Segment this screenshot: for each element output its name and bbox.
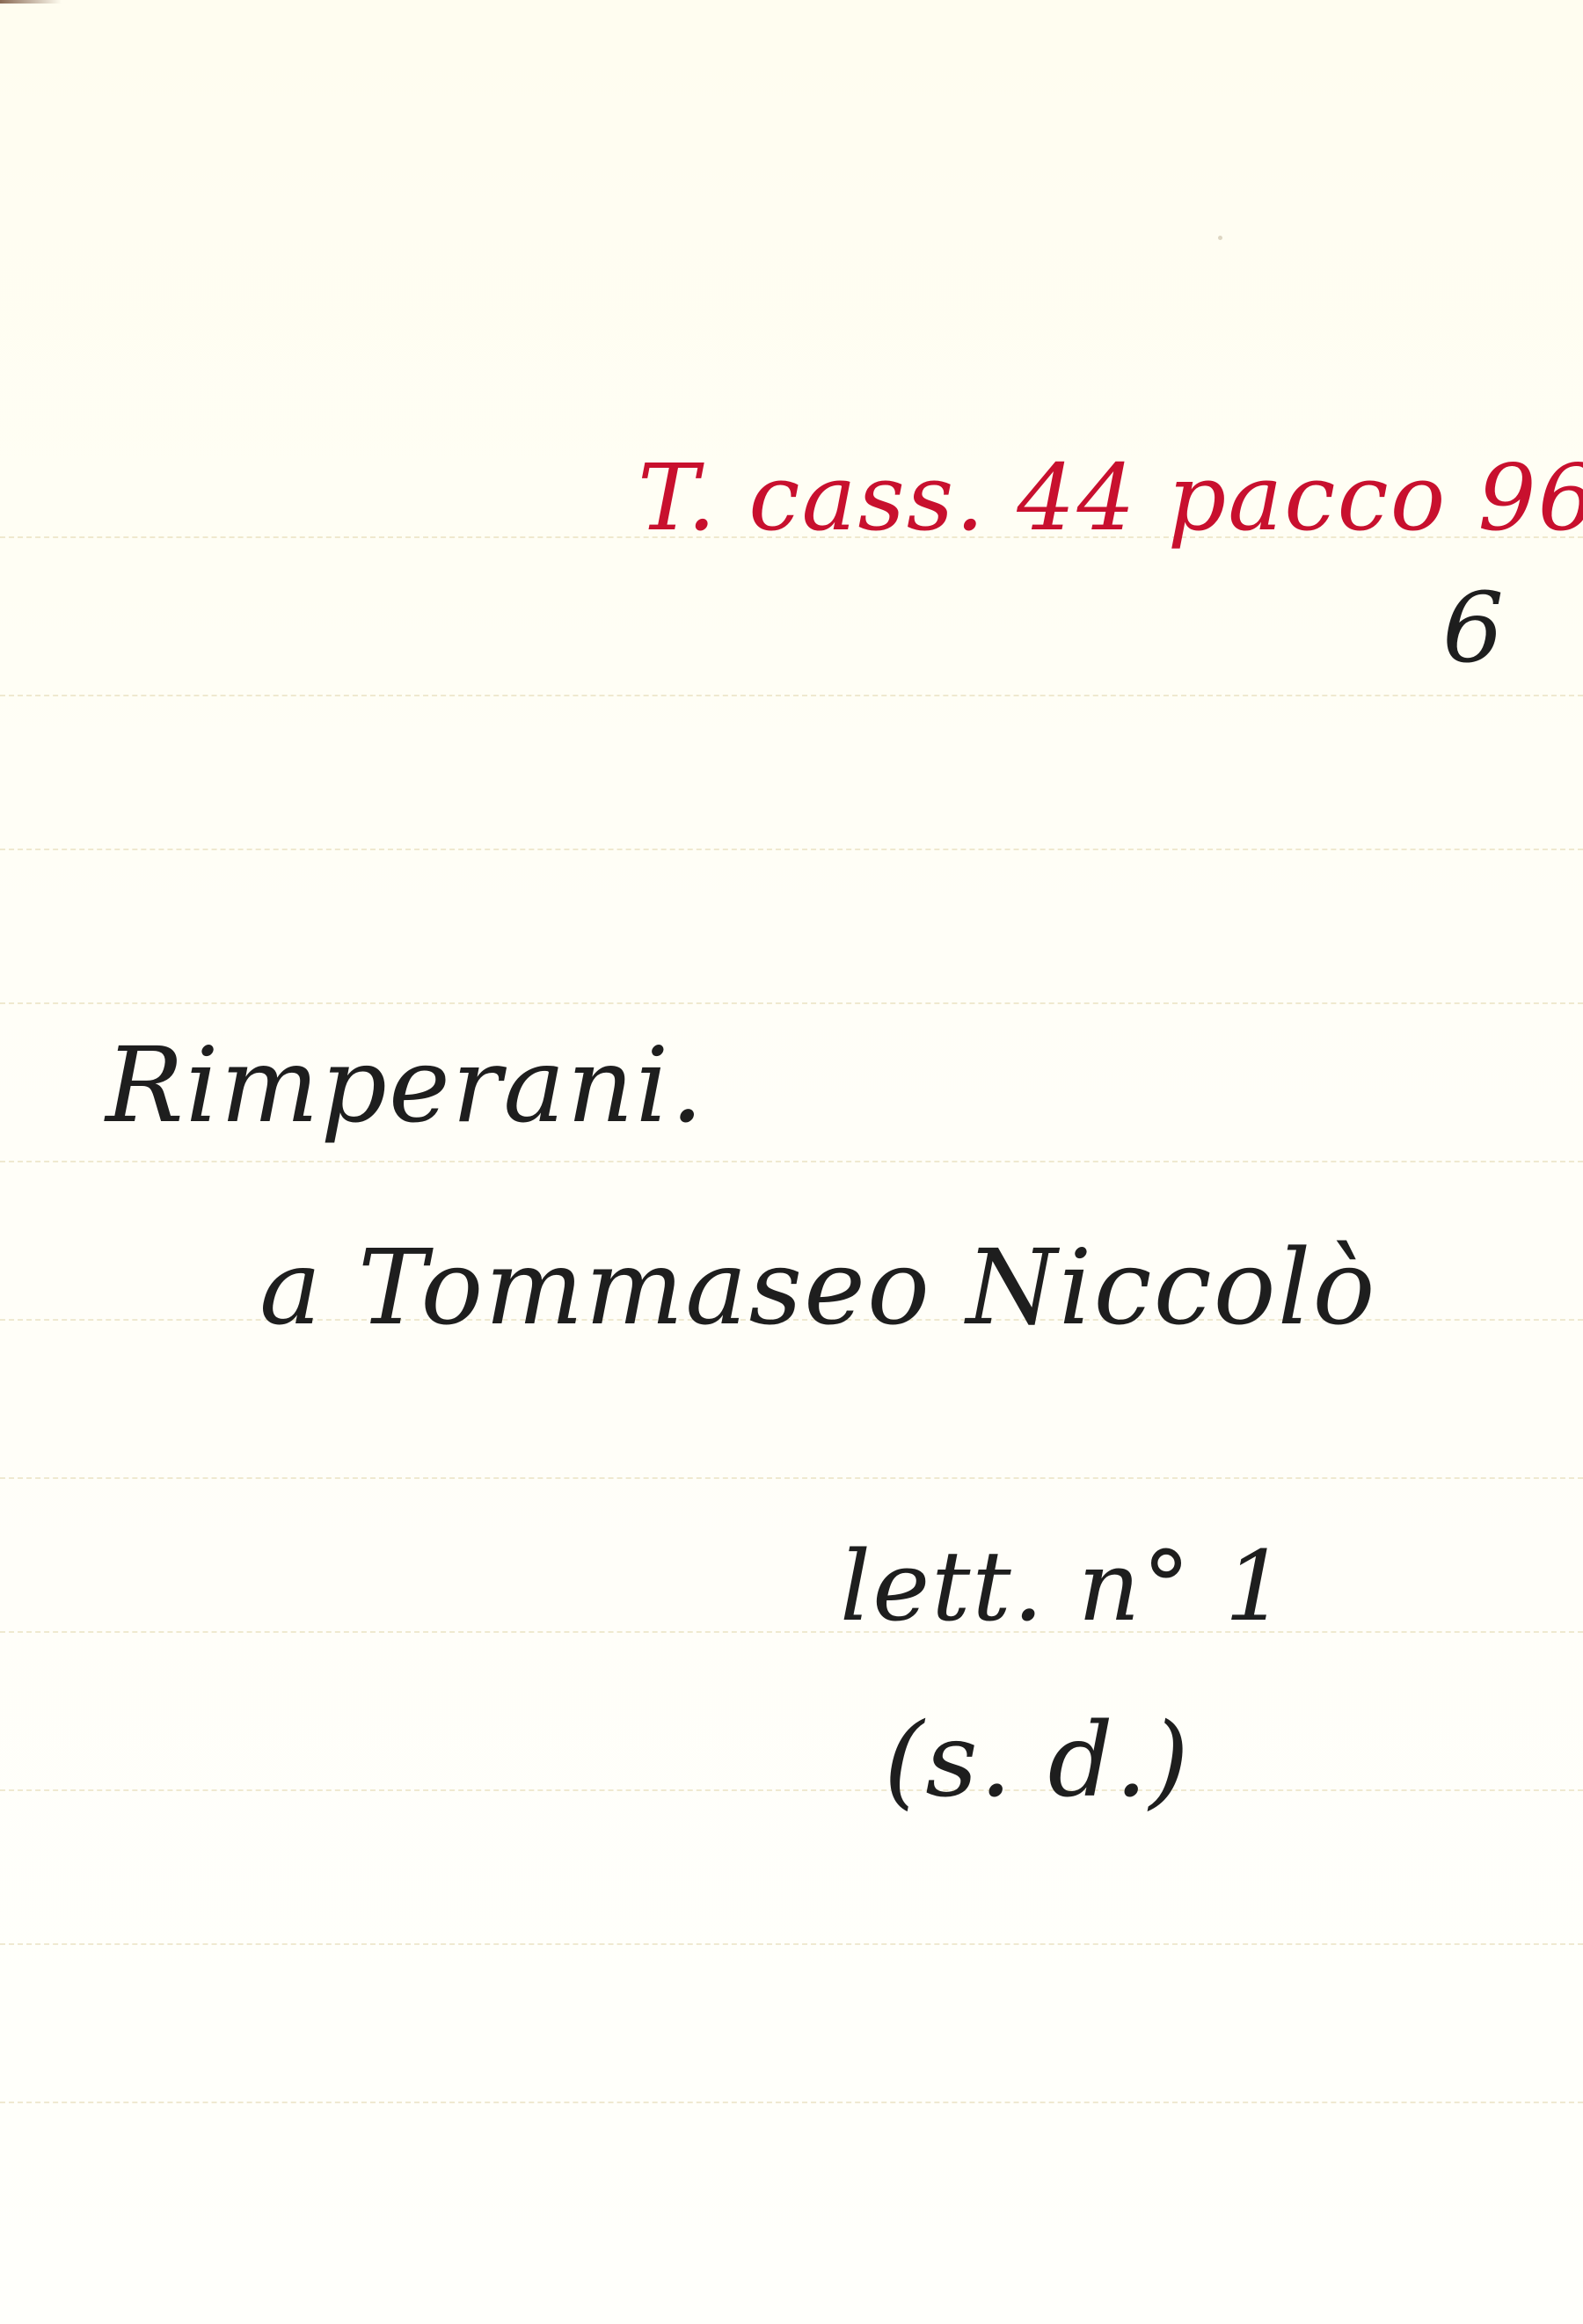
ruled-line bbox=[0, 1943, 1583, 1945]
ruled-line bbox=[0, 1161, 1583, 1162]
index-card: T. cass. 44 pacco 96. 6 Rimperani. a Tom… bbox=[0, 0, 1583, 2324]
ruled-line bbox=[0, 1631, 1583, 1633]
archive-reference: T. cass. 44 pacco 96. bbox=[638, 444, 1583, 551]
archive-subnumber: 6 bbox=[1442, 572, 1506, 684]
sender-name: Rimperani. bbox=[106, 1024, 705, 1146]
letter-date: (s. d.) bbox=[884, 1701, 1191, 1820]
ruled-line bbox=[0, 695, 1583, 696]
recipient-name: a Tommaseo Niccolò bbox=[259, 1227, 1377, 1348]
letter-number: lett. n° 1 bbox=[840, 1530, 1288, 1643]
paper-speck bbox=[1218, 236, 1222, 240]
scan-edge-mark bbox=[0, 0, 62, 4]
ruled-line bbox=[0, 1789, 1583, 1791]
ruled-line bbox=[0, 849, 1583, 850]
ruled-line bbox=[0, 1002, 1583, 1004]
ruled-line bbox=[0, 2102, 1583, 2103]
ruled-line bbox=[0, 1477, 1583, 1479]
